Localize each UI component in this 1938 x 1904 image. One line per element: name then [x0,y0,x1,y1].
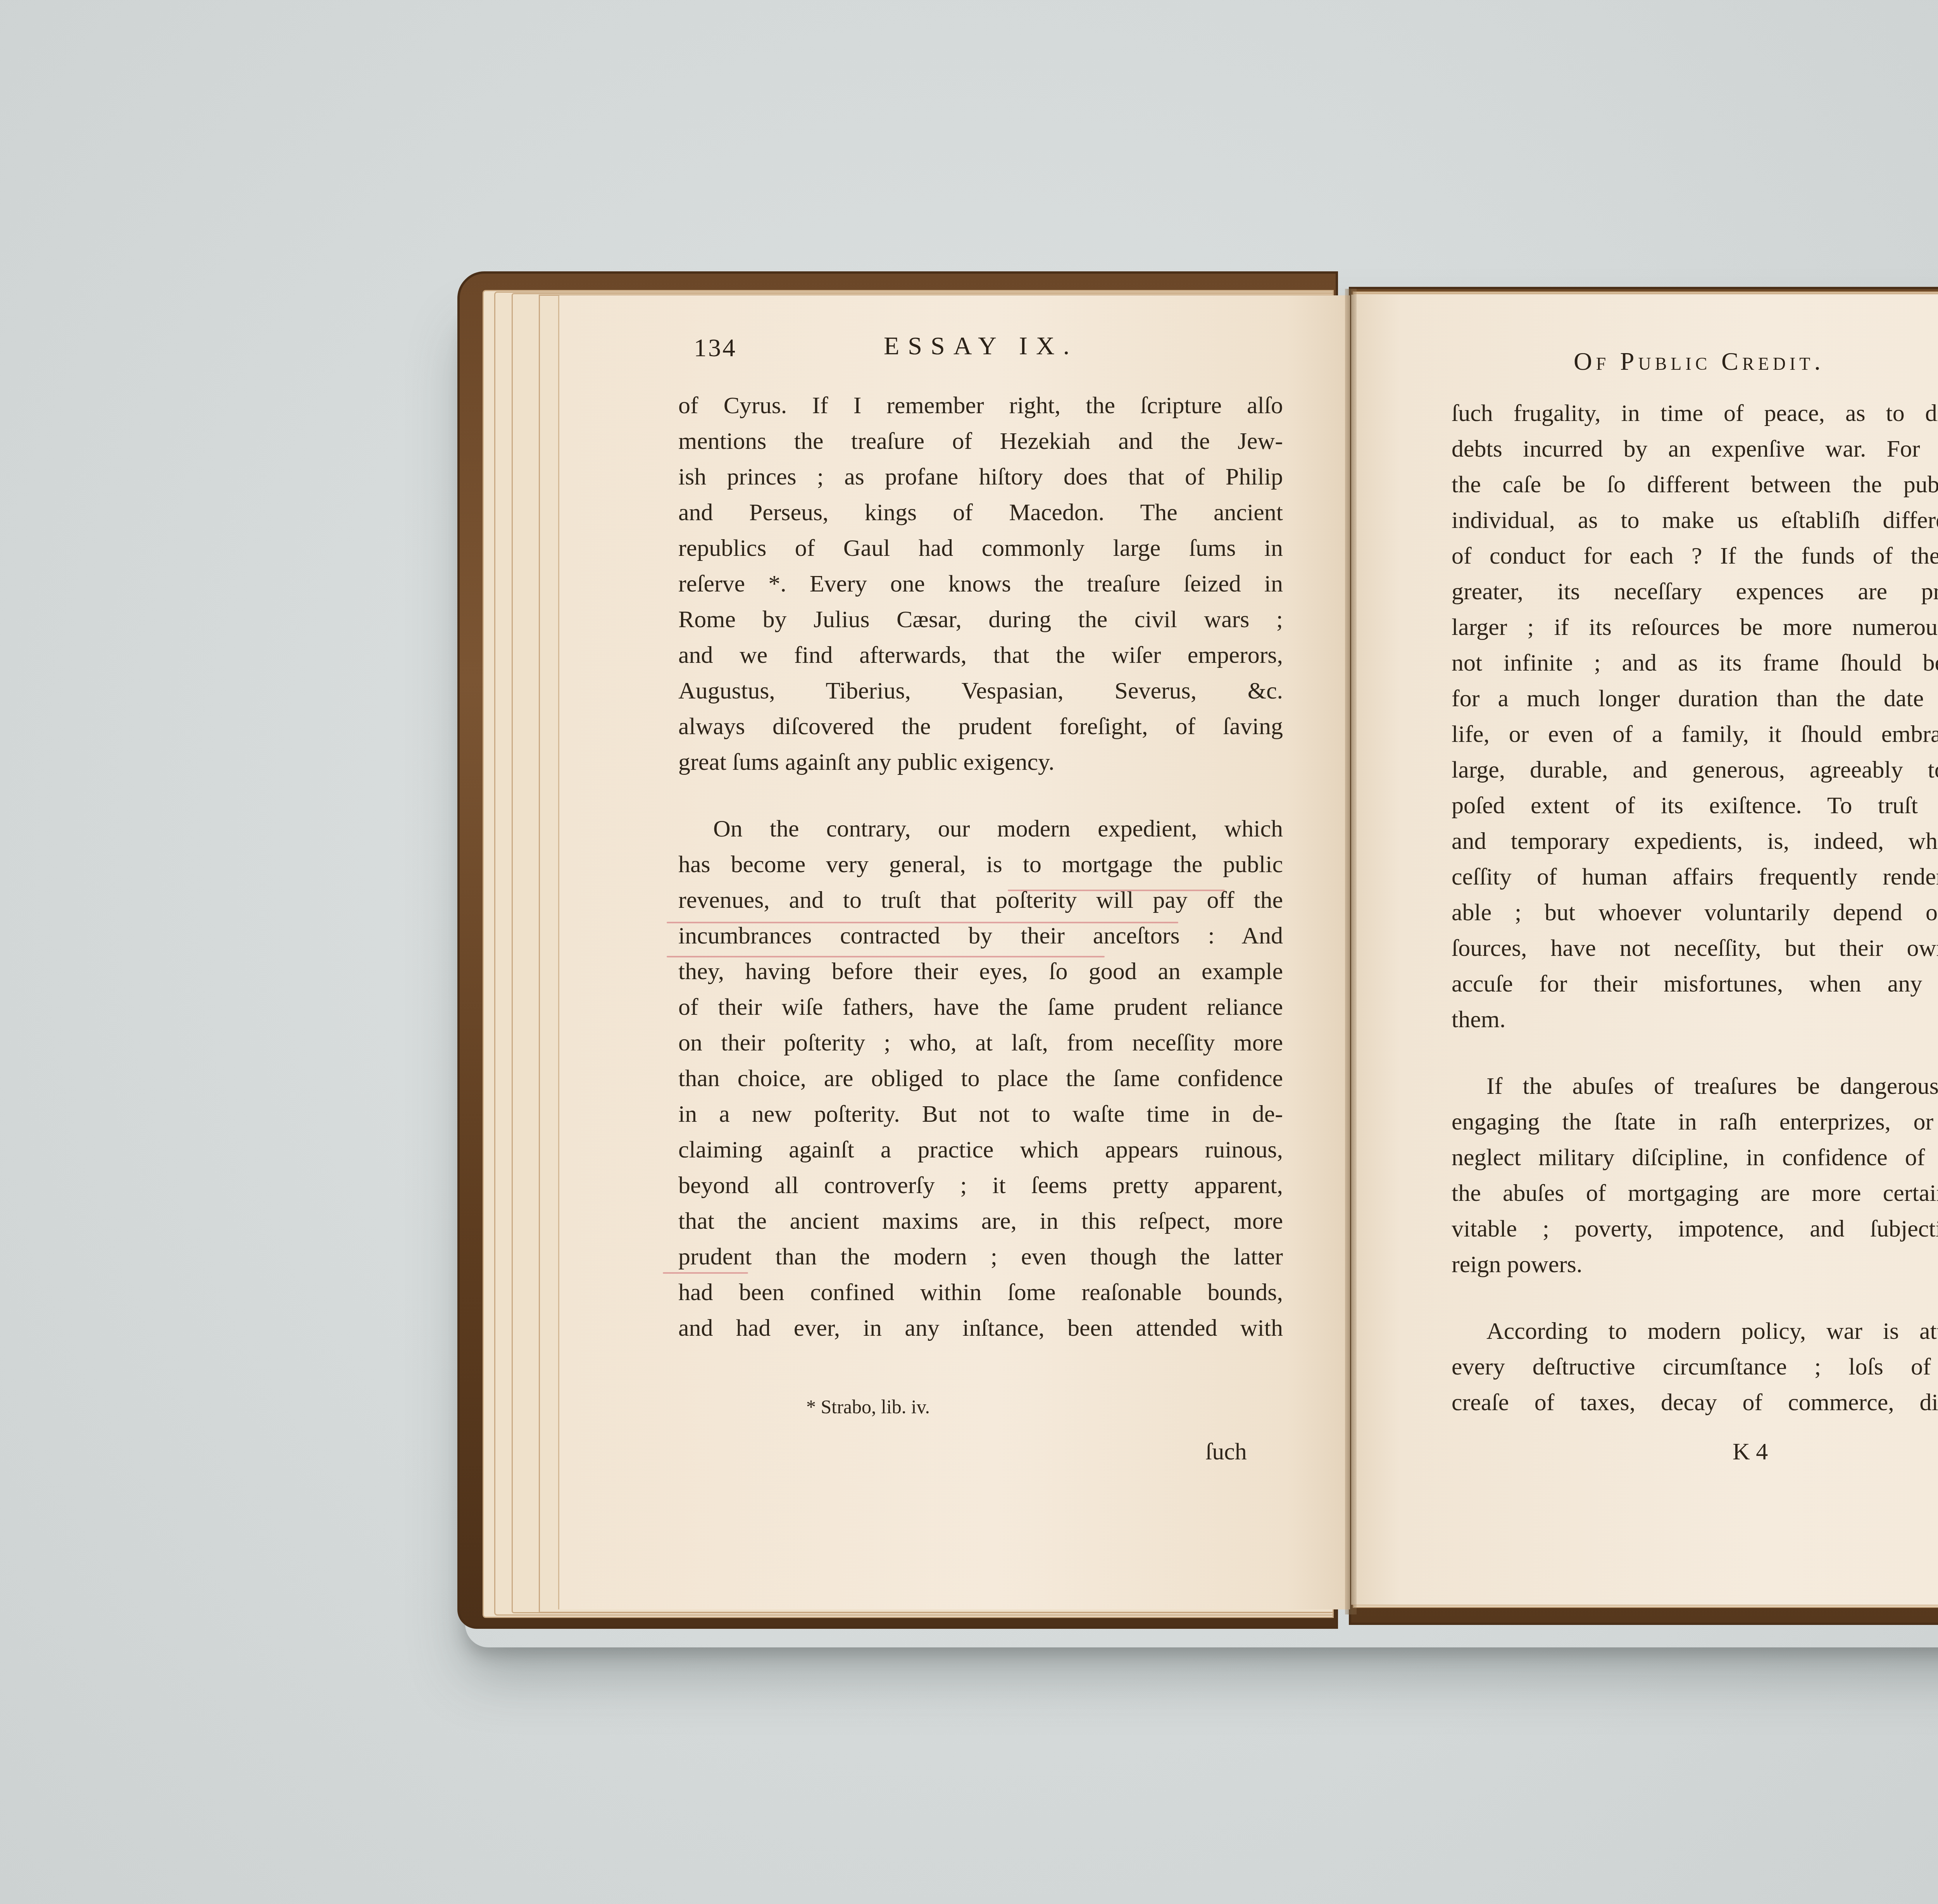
catchword-left: ſuch [1205,1438,1247,1466]
pencil-mark [667,956,1105,957]
text-line: always diſcovered the prudent foreſight,… [678,709,1283,744]
text-line: individual, as to make us eſtabliſh diff… [1452,502,1938,538]
text-line: and we find afterwards, that the wiſer e… [678,637,1283,673]
pencil-mark [1008,890,1225,891]
text-line: large, durable, and generous, agreeably … [1452,752,1938,788]
text-line: beyond all controverſy ; it ſeems pretty… [678,1168,1283,1203]
text-line: prudent than the modern ; even though th… [678,1239,1283,1275]
text-line: Augustus, Tiberius, Vespasian, Severus, … [678,673,1283,709]
text-line: claiming againſt a practice which appear… [678,1132,1283,1168]
text-line: them. [1452,1002,1938,1037]
text-line: the abuſes of mortgaging are more certai… [1452,1175,1938,1211]
text-line: debts incurred by an expenſive war. For … [1452,431,1938,467]
text-line: and had ever, in any inſtance, been atte… [678,1310,1283,1346]
text-line: ſources, have not neceſſity, but their o… [1452,930,1938,966]
text-line: Rome by Julius Cæsar, during the civil w… [678,602,1283,637]
text-line: neglect military diſcipline, in confiden… [1452,1140,1938,1175]
text-line: has become very general, is to mortgage … [678,847,1283,882]
text-line: great ſums againſt any public exigency. [678,744,1283,780]
right-text-column: ſuch frugality, in time of peace, as to … [1452,395,1938,1420]
text-line: for a much longer duration than the date… [1452,681,1938,716]
text-line: larger ; if its reſources be more numero… [1452,609,1938,645]
text-line: of their wiſe fathers, have the ſame pru… [678,989,1283,1025]
text-line: of conduct for each ? If the funds of th… [1452,538,1938,574]
text-line: than choice, are obliged to place the ſa… [678,1061,1283,1096]
text-line: ish princes ; as profane hiſtory does th… [678,459,1283,495]
left-text-column: of Cyrus. If I remember right, the ſcrip… [678,388,1283,1346]
text-line: accuſe for their misfortunes, when any ſ… [1452,966,1938,1002]
footnote: * Strabo, lib. iv. [806,1395,930,1418]
text-line: able ; but whoever voluntarily depend on… [1452,895,1938,930]
text-line: On the contrary, our modern expedient, w… [678,811,1283,847]
text-line: life, or even of a family, it ſhould emb… [1452,716,1938,752]
text-line: of Cyrus. If I remember right, the ſcrip… [678,388,1283,423]
text-line: republics of Gaul had commonly large ſum… [678,530,1283,566]
page-number-left: 134 [694,333,737,363]
text-line: reſerve *. Every one knows the treaſure … [678,566,1283,602]
text-line: in a new poſterity. But not to waſte tim… [678,1096,1283,1132]
text-line: that the ancient maxims are, in this reſ… [678,1203,1283,1239]
running-head-right: Of Public Credit. [1574,347,1824,376]
text-line: ceſſity of human affairs frequently rend… [1452,859,1938,895]
text-line: creaſe of taxes, decay of commerce, diſſ… [1452,1385,1938,1420]
text-line: poſed extent of its exiſtence. To truſt … [1452,788,1938,823]
text-line: engaging the ſtate in raſh enterprizes, … [1452,1104,1938,1140]
text-line: revenues, and to truſt that poſterity wi… [678,882,1283,918]
pencil-mark [667,922,1178,923]
text-line: and temporary expedients, is, indeed, wh… [1452,823,1938,859]
text-line: According to modern policy, war is atten… [1452,1313,1938,1349]
text-line: every deſtructive circumſtance ; loſs of… [1452,1349,1938,1385]
book-gutter [1345,289,1357,1614]
running-head-left: ESSAY IX. [884,331,1078,361]
text-line: ſuch frugality, in time of peace, as to … [1452,395,1938,431]
text-line: they, having before their eyes, ſo good … [678,954,1283,989]
text-line: vitable ; poverty, impotence, and ſubjec… [1452,1211,1938,1247]
text-line: not infinite ; and as its frame ſhould b… [1452,645,1938,681]
text-line: on their poſterity ; who, at laſt, from … [678,1025,1283,1061]
text-line: mentions the treaſure of Hezekiah and th… [678,423,1283,459]
text-line: had been confined within ſome reaſonable… [678,1275,1283,1310]
text-line: and Perseus, kings of Macedon. The ancie… [678,495,1283,530]
signature-mark: K 4 [1733,1438,1768,1466]
text-line: If the abuſes of treaſures be dangerous,… [1452,1068,1938,1104]
text-line: reign powers. [1452,1247,1938,1282]
pencil-mark [663,1272,748,1274]
text-line: greater, its neceſſary expences are prop… [1452,574,1938,609]
text-line: the caſe be ſo different between the pub… [1452,467,1938,502]
